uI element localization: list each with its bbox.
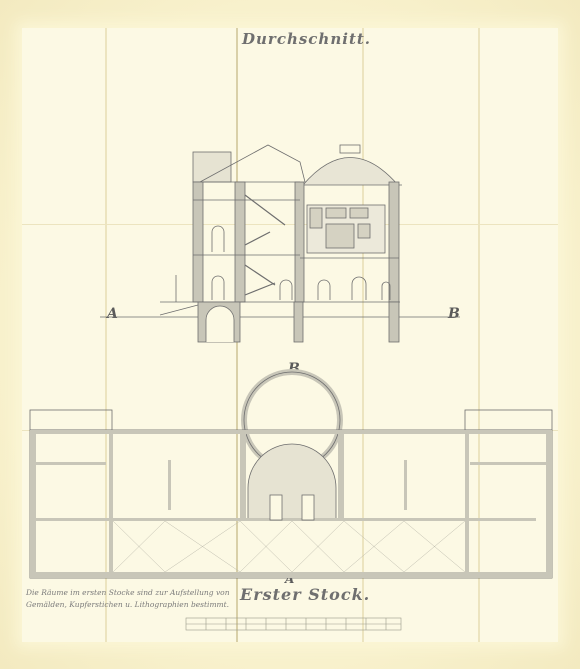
drawing-lines [0, 0, 580, 669]
section-drawing [160, 145, 402, 342]
scanned-sheet: Durchschnitt. Erster Stock. A B B A Die … [0, 0, 580, 669]
floor-plan-drawing [30, 372, 552, 578]
scale-bar [186, 618, 401, 630]
